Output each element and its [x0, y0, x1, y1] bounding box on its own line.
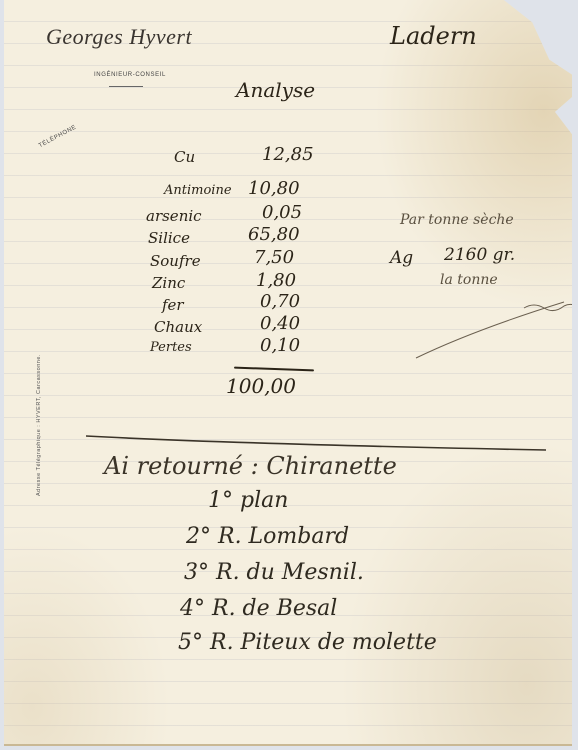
- letterhead-title: INGÉNIEUR-CONSEIL: [94, 72, 166, 78]
- side-note-line-3: la tonne: [440, 272, 498, 288]
- analysis-row-value: 0,10: [260, 335, 300, 356]
- telephone-label: TÉLÉPHONE: [38, 124, 78, 149]
- analysis-row-label: Pertes: [150, 340, 192, 355]
- analysis-row-value: 0,40: [260, 313, 300, 334]
- analysis-row-value: 1,80: [256, 270, 296, 291]
- analysis-row-label: Zinc: [152, 274, 185, 292]
- list-item-number: 1°: [208, 488, 233, 513]
- analysis-row-label: fer: [162, 296, 184, 314]
- list-item: 3° R. du Mesnil.: [184, 560, 364, 585]
- analysis-row-value: 65,80: [248, 224, 300, 245]
- list-item-text: plan: [240, 488, 288, 513]
- analysis-row-value: 7,50: [254, 247, 294, 268]
- analysis-row-value: 0,70: [260, 291, 300, 312]
- analysis-row-label: Antimoine: [164, 183, 232, 198]
- side-note-line-1: Par tonne sèche: [400, 212, 514, 228]
- list-item-text: R. de Besal: [212, 596, 337, 621]
- analysis-row-label: Cu: [174, 148, 195, 166]
- returned-heading: Ai retourné : Chiranette: [104, 452, 397, 480]
- letterhead-ornament-divider: [109, 86, 143, 87]
- list-item-number: 2°: [186, 524, 211, 549]
- list-item-number: 3°: [184, 560, 209, 585]
- analysis-row-value: 0,05: [262, 202, 302, 223]
- list-item: 5° R. Piteux de molette: [178, 630, 437, 655]
- analysis-row-label: Silice: [148, 229, 190, 247]
- analysis-row-value: 12,85: [262, 144, 314, 165]
- list-item: 2° R. Lombard: [186, 524, 349, 549]
- total-underline: [234, 367, 314, 372]
- list-item-number: 5°: [178, 630, 203, 655]
- letterhead-name: Georges Hyvert: [46, 24, 192, 50]
- list-item-text: R. du Mesnil.: [216, 560, 364, 585]
- section-divider-line: [86, 434, 546, 452]
- reference-name: Ladern: [390, 22, 477, 50]
- analysis-total: 100,00: [226, 374, 296, 398]
- list-item-text: R. Lombard: [218, 524, 349, 549]
- analysis-row-value: 10,80: [248, 178, 300, 199]
- pen-stroke-flourish: [414, 300, 578, 360]
- list-item-number: 4°: [180, 596, 205, 621]
- analysis-row-label: Chaux: [154, 318, 202, 336]
- list-item: 1° plan: [208, 488, 288, 513]
- list-item-text: R. Piteux de molette: [210, 630, 437, 655]
- silver-symbol: Ag: [390, 248, 413, 268]
- analysis-title: Analyse: [236, 78, 315, 102]
- silver-amount: 2160 gr.: [444, 245, 515, 265]
- list-item: 4° R. de Besal: [180, 596, 337, 621]
- letter-page: Georges Hyvert INGÉNIEUR-CONSEIL TÉLÉPHO…: [4, 0, 572, 746]
- telegraphic-address: Adresse Télégraphique : HYVERT, Carcasso…: [36, 354, 42, 496]
- analysis-row-label: Soufre: [150, 252, 201, 270]
- analysis-row-label: arsenic: [146, 207, 202, 225]
